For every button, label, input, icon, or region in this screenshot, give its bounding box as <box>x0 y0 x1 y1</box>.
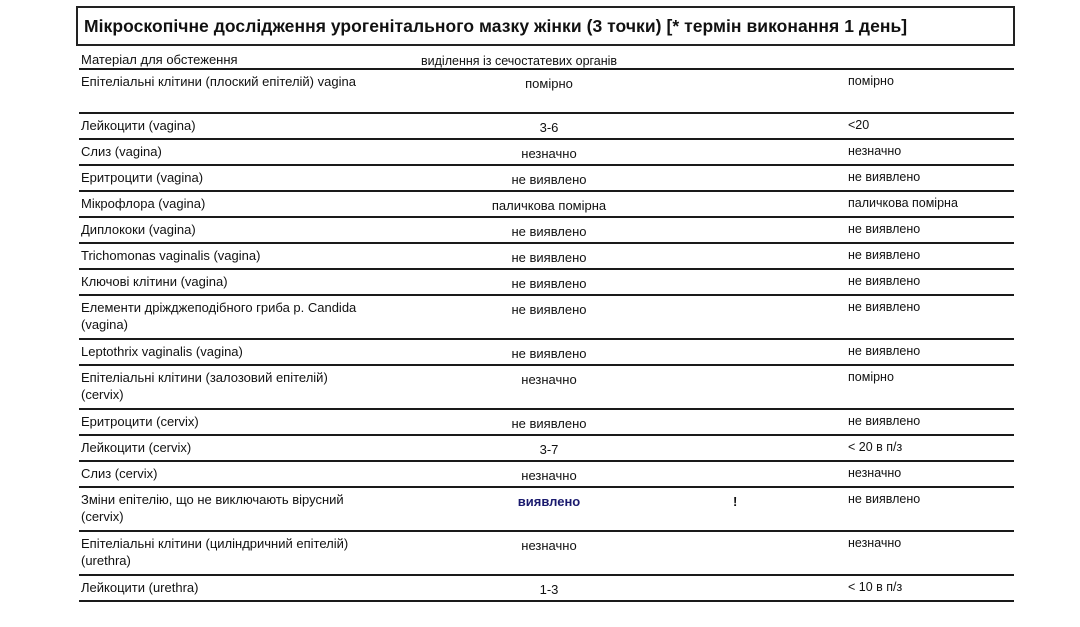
reference-value: незначно <box>848 535 901 552</box>
reference-value: паличкова помірна <box>848 195 958 212</box>
reference-value: не виявлено <box>848 491 920 508</box>
table-row: Епітеліальні клітини (циліндричний епіте… <box>79 532 1014 576</box>
test-value: не виявлено <box>464 249 634 266</box>
test-value: незначно <box>464 145 634 162</box>
reference-value: < 20 в п/з <box>848 439 902 456</box>
report-title-box: Мікроскопічне дослідження урогенітальног… <box>76 6 1015 46</box>
table-row: Зміни епітелію, що не виключають вірусни… <box>79 488 1014 532</box>
table-row: Leptothrix vaginalis (vagina) не виявлен… <box>79 340 1014 366</box>
reference-value: не виявлено <box>848 343 920 360</box>
reference-value: незначно <box>848 143 901 160</box>
report-title: Мікроскопічне дослідження урогенітальног… <box>84 16 907 37</box>
test-value: не виявлено <box>464 275 634 292</box>
test-name: Мікрофлора (vagina) <box>81 195 371 212</box>
reference-value: незначно <box>848 465 901 482</box>
table-row: Еритроцити (cervix) не виявлено не виявл… <box>79 410 1014 436</box>
table-row: Trichomonas vaginalis (vagina) не виявле… <box>79 244 1014 270</box>
material-row: Матеріал для обстеження виділення із сеч… <box>79 48 1014 70</box>
reference-value: <20 <box>848 117 869 134</box>
table-row: Епітеліальні клітини (залозовий епітелій… <box>79 366 1014 410</box>
test-name: Лейкоцити (vagina) <box>81 117 371 134</box>
test-name: Trichomonas vaginalis (vagina) <box>81 247 371 264</box>
abnormal-flag: ! <box>733 493 737 510</box>
table-row: Слиз (cervix) незначно незначно <box>79 462 1014 488</box>
table-row: Диплококи (vagina) не виявлено не виявле… <box>79 218 1014 244</box>
reference-value: не виявлено <box>848 413 920 430</box>
reference-value: не виявлено <box>848 221 920 238</box>
test-name: Слиз (vagina) <box>81 143 371 160</box>
reference-value: помірно <box>848 369 894 386</box>
test-name: Зміни епітелію, що не виключають вірусни… <box>81 491 371 525</box>
test-value: 3-7 <box>464 441 634 458</box>
test-name: Еритроцити (vagina) <box>81 169 371 186</box>
test-name: Епітеліальні клітини (залозовий епітелій… <box>81 369 371 403</box>
table-row: Слиз (vagina) незначно незначно <box>79 140 1014 166</box>
reference-value: не виявлено <box>848 169 920 186</box>
material-value: виділення із сечостатевих органів <box>421 53 617 70</box>
table-row: Лейкоцити (vagina) 3-6 <20 <box>79 114 1014 140</box>
test-name: Епітеліальні клітини (циліндричний епіте… <box>81 535 371 569</box>
table-row: Елементи дріжджеподібного гриба р. Candi… <box>79 296 1014 340</box>
test-value: виявлено <box>464 493 634 510</box>
test-name: Лейкоцити (cervix) <box>81 439 371 456</box>
test-value: не виявлено <box>464 223 634 240</box>
table-row: Лейкоцити (cervix) 3-7 < 20 в п/з <box>79 436 1014 462</box>
reference-value: не виявлено <box>848 299 920 316</box>
test-name: Еритроцити (cervix) <box>81 413 371 430</box>
test-value: 1-3 <box>464 581 634 598</box>
test-value: помірно <box>464 75 634 92</box>
table-row: Мікрофлора (vagina) паличкова помірна па… <box>79 192 1014 218</box>
table-row: Ключові клітини (vagina) не виявлено не … <box>79 270 1014 296</box>
test-name: Епітеліальні клітини (плоский епітелій) … <box>81 73 371 90</box>
reference-value: помірно <box>848 73 894 90</box>
table-row: Епітеліальні клітини (плоский епітелій) … <box>79 70 1014 114</box>
reference-value: < 10 в п/з <box>848 579 902 596</box>
reference-value: не виявлено <box>848 273 920 290</box>
material-label: Матеріал для обстеження <box>81 51 371 68</box>
test-value: незначно <box>464 371 634 388</box>
reference-value: не виявлено <box>848 247 920 264</box>
test-name: Диплококи (vagina) <box>81 221 371 238</box>
test-value: незначно <box>464 537 634 554</box>
test-name: Слиз (cervix) <box>81 465 371 482</box>
test-value: не виявлено <box>464 345 634 362</box>
test-name: Елементи дріжджеподібного гриба р. Candi… <box>81 299 371 333</box>
results-table: Матеріал для обстеження виділення із сеч… <box>79 48 1014 602</box>
test-value: не виявлено <box>464 171 634 188</box>
table-row: Лейкоцити (urethra) 1-3 < 10 в п/з <box>79 576 1014 602</box>
test-name: Leptothrix vaginalis (vagina) <box>81 343 371 360</box>
test-value: 3-6 <box>464 119 634 136</box>
test-value: незначно <box>464 467 634 484</box>
table-row: Еритроцити (vagina) не виявлено не виявл… <box>79 166 1014 192</box>
result-rows: Епітеліальні клітини (плоский епітелій) … <box>79 70 1014 602</box>
test-name: Ключові клітини (vagina) <box>81 273 371 290</box>
test-value: не виявлено <box>464 301 634 318</box>
test-value: паличкова помірна <box>464 197 634 214</box>
test-value: не виявлено <box>464 415 634 432</box>
test-name: Лейкоцити (urethra) <box>81 579 371 596</box>
